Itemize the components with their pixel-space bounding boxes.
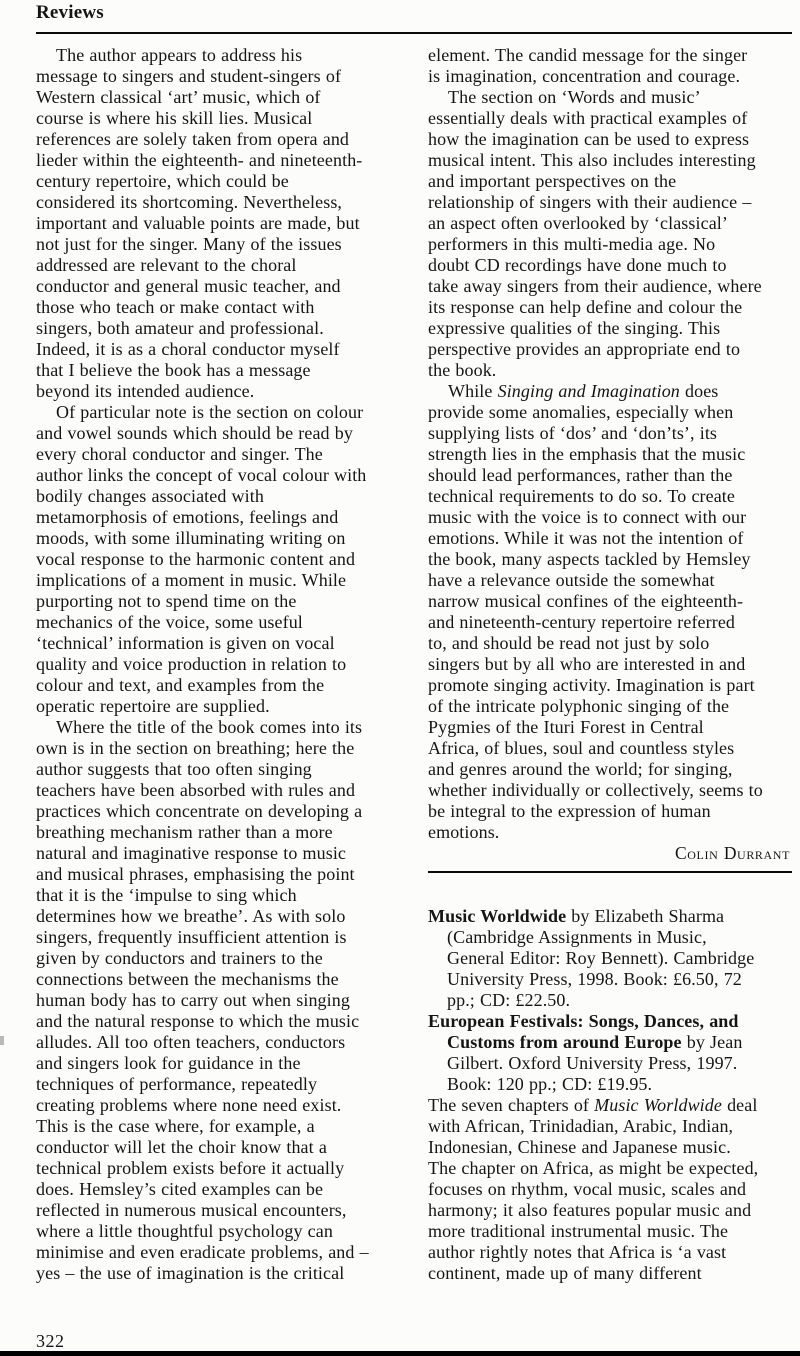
text-line: conductor will let the choir know that a [36, 1137, 388, 1158]
text-line: mechanics of the voice, some useful [36, 612, 388, 633]
right-column: element. The candid message for the sing… [428, 45, 792, 1284]
text-line: natural and imaginative response to musi… [36, 843, 388, 864]
text-line: pp.; CD: £22.50. [428, 990, 792, 1011]
text-line: colour and text, and examples from the [36, 675, 388, 696]
text-line: of the intricate polyphonic singing of t… [428, 696, 792, 717]
text-line: performers in this multi-media age. No [428, 234, 792, 255]
text-line: century repertoire, which could be [36, 171, 388, 192]
text-line: focuses on rhythm, vocal music, scales a… [428, 1179, 792, 1200]
text-line: is imagination, concentration and courag… [428, 66, 792, 87]
text-line: Gilbert. Oxford University Press, 1997. [428, 1053, 792, 1074]
text-line: have a relevance outside the somewhat [428, 570, 792, 591]
text-line: the book, many aspects tackled by Hemsle… [428, 549, 792, 570]
text-line: quality and voice production in relation… [36, 654, 388, 675]
text-line: Customs from around Europe by Jean [428, 1032, 792, 1053]
text-line: should lead performances, rather than th… [428, 465, 792, 486]
text-line: and important perspectives on the [428, 171, 792, 192]
text-line: essentially deals with practical example… [428, 108, 792, 129]
book-listings: Music Worldwide by Elizabeth Sharma(Camb… [428, 906, 792, 1095]
text-line: determines how we breathe’. As with solo [36, 906, 388, 927]
text-line: (Cambridge Assignments in Music, [428, 927, 792, 948]
text-line: the book. [428, 360, 792, 381]
text-line: how the imagination can be used to expre… [428, 129, 792, 150]
text-line: alludes. All too often teachers, conduct… [36, 1032, 388, 1053]
text-line: important and valuable points are made, … [36, 213, 388, 234]
text-line: conductor and general music teacher, and [36, 276, 388, 297]
two-column-body: The author appears to address hismessage… [36, 45, 792, 1284]
text-line: doubt CD recordings have done much to [428, 255, 792, 276]
text-line: and genres around the world; for singing… [428, 759, 792, 780]
paragraph: Of particular note is the section on col… [36, 402, 388, 717]
text-line: breathing mechanism rather than a more [36, 822, 388, 843]
text-line: human body has to carry out when singing [36, 990, 388, 1011]
paragraph: element. The candid message for the sing… [428, 45, 792, 87]
paragraph: The author appears to address hismessage… [36, 45, 388, 402]
text-line: author rightly notes that Africa is ‘a v… [428, 1242, 792, 1263]
text-line: and nineteenth-century repertoire referr… [428, 612, 792, 633]
text-line: Music Worldwide by Elizabeth Sharma [428, 906, 792, 927]
text-line: with African, Trinidadian, Arabic, India… [428, 1116, 792, 1137]
text-line: While Singing and Imagination does [428, 381, 792, 402]
text-line: Africa, of blues, soul and countless sty… [428, 738, 792, 759]
text-line: techniques of performance, repeatedly [36, 1074, 388, 1095]
text-line: operatic repertoire are supplied. [36, 696, 388, 717]
scan-margin-artifact [0, 1036, 4, 1045]
text-line: provide some anomalies, especially when [428, 402, 792, 423]
text-line: considered its shortcoming. Nevertheless… [36, 192, 388, 213]
text-line: element. The candid message for the sing… [428, 45, 792, 66]
text-line: The author appears to address his [36, 45, 388, 66]
text-line: author links the concept of vocal colour… [36, 465, 388, 486]
text-line: references are solely taken from opera a… [36, 129, 388, 150]
text-line: every choral conductor and singer. The [36, 444, 388, 465]
review-divider-rule [428, 871, 792, 873]
text-line: The section on ‘Words and music’ [428, 87, 792, 108]
text-line: Western classical ‘art’ music, which of [36, 87, 388, 108]
text-line: connections between the mechanisms the [36, 969, 388, 990]
text-line: Where the title of the book comes into i… [36, 717, 388, 738]
text-line: musical intent. This also includes inter… [428, 150, 792, 171]
page-header: Reviews [36, 2, 792, 24]
text-line: harmony; it also features popular music … [428, 1200, 792, 1221]
column-gutter [388, 45, 428, 1284]
paragraph: The seven chapters of Music Worldwide de… [428, 1095, 792, 1284]
text-line: supplying lists of ‘dos’ and ‘don’ts’, i… [428, 423, 792, 444]
text-line: whether individually or collectively, se… [428, 780, 792, 801]
paragraph: While Singing and Imagination doesprovid… [428, 381, 792, 843]
text-line: General Editor: Roy Bennett). Cambridge [428, 948, 792, 969]
text-line: those who teach or make contact with [36, 297, 388, 318]
text-line: where a little thoughtful psychology can [36, 1221, 388, 1242]
text-line: technical problem exists before it actua… [36, 1158, 388, 1179]
paragraph: Music Worldwide by Elizabeth Sharma(Camb… [428, 906, 792, 1011]
text-line: Indeed, it is as a choral conductor myse… [36, 339, 388, 360]
text-line: yes – the use of imagination is the crit… [36, 1263, 388, 1284]
text-line: singers but by all who are interested in… [428, 654, 792, 675]
text-line: University Press, 1998. Book: £6.50, 72 [428, 969, 792, 990]
text-line: teachers have been absorbed with rules a… [36, 780, 388, 801]
text-line: course is where his skill lies. Musical [36, 108, 388, 129]
text-line: beyond its intended audience. [36, 381, 388, 402]
text-line: its response can help define and colour … [428, 297, 792, 318]
text-line: author suggests that too often singing [36, 759, 388, 780]
text-line: singers, frequently insufficient attenti… [36, 927, 388, 948]
paragraph: Where the title of the book comes into i… [36, 717, 388, 1284]
document-page: Reviews The author appears to address hi… [0, 0, 800, 1284]
text-line: and singers look for guidance in the [36, 1053, 388, 1074]
text-line: minimise and even eradicate problems, an… [36, 1242, 388, 1263]
text-line: moods, with some illuminating writing on [36, 528, 388, 549]
text-line: metamorphosis of emotions, feelings and [36, 507, 388, 528]
text-line: more traditional instrumental music. The [428, 1221, 792, 1242]
text-line: Indonesian, Chinese and Japanese music. [428, 1137, 792, 1158]
text-line: reflected in numerous musical encounters… [36, 1200, 388, 1221]
text-line: implications of a moment in music. While [36, 570, 388, 591]
text-line: strength lies in the emphasis that the m… [428, 444, 792, 465]
left-column: The author appears to address hismessage… [36, 45, 388, 1284]
text-line: and the natural response to which the mu… [36, 1011, 388, 1032]
paragraph: The section on ‘Words and music’essentia… [428, 87, 792, 381]
text-line: Of particular note is the section on col… [36, 402, 388, 423]
text-line: purporting not to spend time on the [36, 591, 388, 612]
text-line: Book: 120 pp.; CD: £19.95. [428, 1074, 792, 1095]
text-line: be integral to the expression of human [428, 801, 792, 822]
text-line: emotions. [428, 822, 792, 843]
text-line: The seven chapters of Music Worldwide de… [428, 1095, 792, 1116]
text-line: not just for the singer. Many of the iss… [36, 234, 388, 255]
text-line: Pygmies of the Ituri Forest in Central [428, 717, 792, 738]
text-line: that I believe the book has a message [36, 360, 388, 381]
text-line: message to singers and student-singers o… [36, 66, 388, 87]
text-line: music with the voice is to connect with … [428, 507, 792, 528]
text-line: given by conductors and trainers to the [36, 948, 388, 969]
text-line: This is the case where, for example, a [36, 1116, 388, 1137]
text-line: does. Hemsley’s cited examples can be [36, 1179, 388, 1200]
text-line: vocal response to the harmonic content a… [36, 549, 388, 570]
text-line: bodily changes associated with [36, 486, 388, 507]
page-number: 322 [36, 1331, 65, 1352]
text-line: emotions. While it was not the intention… [428, 528, 792, 549]
reviewer-signature: Colin Durrant [428, 843, 792, 864]
section-title: Reviews [36, 2, 792, 24]
text-line: continent, made up of many different [428, 1263, 792, 1284]
text-line: and musical phrases, emphasising the poi… [36, 864, 388, 885]
text-line: an aspect often overlooked by ‘classical… [428, 213, 792, 234]
scan-edge-artifact [0, 1351, 800, 1356]
text-line: narrow musical confines of the eighteent… [428, 591, 792, 612]
text-line: relationship of singers with their audie… [428, 192, 792, 213]
text-line: lieder within the eighteenth- and ninete… [36, 150, 388, 171]
text-line: practices which concentrate on developin… [36, 801, 388, 822]
text-line: ‘technical’ information is given on voca… [36, 633, 388, 654]
text-line: addressed are relevant to the choral [36, 255, 388, 276]
text-line: singers, both amateur and professional. [36, 318, 388, 339]
header-rule [36, 32, 792, 34]
text-line: to, and should be read not just by solo [428, 633, 792, 654]
text-line: that it is the ‘impulse to sing which [36, 885, 388, 906]
text-line: promote singing activity. Imagination is… [428, 675, 792, 696]
text-line: The chapter on Africa, as might be expec… [428, 1158, 792, 1179]
text-line: take away singers from their audience, w… [428, 276, 792, 297]
text-line: perspective provides an appropriate end … [428, 339, 792, 360]
paragraph: European Festivals: Songs, Dances, andCu… [428, 1011, 792, 1095]
text-line: technical requirements to do so. To crea… [428, 486, 792, 507]
next-review-intro: The seven chapters of Music Worldwide de… [428, 1095, 792, 1284]
text-line: and vowel sounds which should be read by [36, 423, 388, 444]
text-line: own is in the section on breathing; here… [36, 738, 388, 759]
text-line: European Festivals: Songs, Dances, and [428, 1011, 792, 1032]
review-body-continued: element. The candid message for the sing… [428, 45, 792, 843]
text-line: expressive qualities of the singing. Thi… [428, 318, 792, 339]
text-line: creating problems where none need exist. [36, 1095, 388, 1116]
